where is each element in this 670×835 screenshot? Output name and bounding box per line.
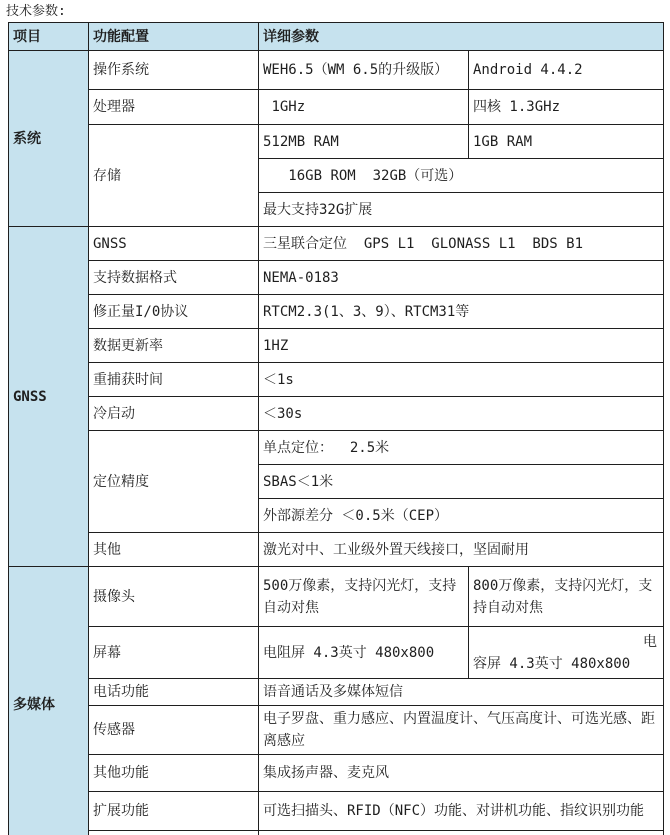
row-cold-start: 冷启动 ＜30s: [9, 397, 664, 431]
value-camera-2: 800万像素，支持闪光灯，支持自动对焦: [469, 567, 664, 627]
page-title: 技术参数:: [6, 4, 670, 19]
value-cpu-1: 1GHz: [259, 90, 469, 125]
value-reacquisition: ＜1s: [259, 363, 664, 397]
feature-expansion: 扩展功能: [89, 792, 259, 831]
row-other-functions: 其他功能 集成扬声器、麦克风: [9, 755, 664, 792]
row-gnss: GNSS GNSS 三星联合定位 GPS L1 GLONASS L1 BDS B…: [9, 227, 664, 261]
value-accuracy-sbas: SBAS＜1米: [259, 465, 664, 499]
col-header-feature: 功能配置: [89, 23, 259, 51]
feature-update-rate: 数据更新率: [89, 329, 259, 363]
value-data-format: NEMA-0183: [259, 261, 664, 295]
partial-row-cell: [89, 831, 259, 835]
value-ram-2: 1GB RAM: [469, 125, 664, 159]
row-os: 系统 操作系统 WEH6.5（WM 6.5的升级版） Android 4.4.2: [9, 51, 664, 90]
row-phone: 电话功能 语音通话及多媒体短信: [9, 679, 664, 706]
value-ram-1: 512MB RAM: [259, 125, 469, 159]
feature-data-format: 支持数据格式: [89, 261, 259, 295]
value-camera-1: 500万像素，支持闪光灯，支持自动对焦: [259, 567, 469, 627]
header-row: 项目 功能配置 详细参数: [9, 23, 664, 51]
value-sensors: 电子罗盘、重力感应、内置温度计、气压高度计、可选光感、距离感应: [259, 706, 664, 755]
value-cold-start: ＜30s: [259, 397, 664, 431]
row-cpu: 处理器 1GHz 四核 1.3GHz: [9, 90, 664, 125]
col-header-detail: 详细参数: [259, 23, 664, 51]
feature-cpu: 处理器: [89, 90, 259, 125]
value-os-2: Android 4.4.2: [469, 51, 664, 90]
value-cpu-2: 四核 1.3GHz: [469, 90, 664, 125]
feature-gnss-other: 其他: [89, 533, 259, 567]
value-expansion: 可选扫描头、RFID（NFC）功能、对讲机功能、指纹识别功能: [259, 792, 664, 831]
section-label-gnss: GNSS: [9, 227, 89, 567]
row-camera: 多媒体 摄像头 500万像素，支持闪光灯，支持自动对焦 800万像素，支持闪光灯…: [9, 567, 664, 627]
feature-phone: 电话功能: [89, 679, 259, 706]
row-sensors: 传感器 电子罗盘、重力感应、内置温度计、气压高度计、可选光感、距离感应: [9, 706, 664, 755]
value-screen-2: 电容屏 4.3英寸 480x800: [469, 627, 664, 679]
section-label-system: 系统: [9, 51, 89, 227]
value-accuracy-single: 单点定位： 2.5米: [259, 431, 664, 465]
feature-correction: 修正量I/0协议: [89, 295, 259, 329]
row-data-format: 支持数据格式 NEMA-0183: [9, 261, 664, 295]
feature-os: 操作系统: [89, 51, 259, 90]
section-label-multimedia: 多媒体: [9, 567, 89, 835]
value-rom: 16GB ROM 32GB（可选）: [259, 159, 664, 193]
partial-row-cell: [259, 831, 664, 835]
value-accuracy-external: 外部源差分 ＜0.5米（CEP）: [259, 499, 664, 533]
feature-cold-start: 冷启动: [89, 397, 259, 431]
row-update-rate: 数据更新率 1HZ: [9, 329, 664, 363]
value-other-functions: 集成扬声器、麦克风: [259, 755, 664, 792]
value-gnss-other: 激光对中、工业级外置天线接口，坚固耐用: [259, 533, 664, 567]
row-accuracy-single: 定位精度 单点定位： 2.5米: [9, 431, 664, 465]
feature-reacquisition: 重捕获时间: [89, 363, 259, 397]
value-gnss: 三星联合定位 GPS L1 GLONASS L1 BDS B1: [259, 227, 664, 261]
feature-other-functions: 其他功能: [89, 755, 259, 792]
feature-gnss: GNSS: [89, 227, 259, 261]
feature-sensors: 传感器: [89, 706, 259, 755]
row-screen: 屏幕 电阻屏 4.3英寸 480x800 电容屏 4.3英寸 480x800: [9, 627, 664, 679]
feature-accuracy: 定位精度: [89, 431, 259, 533]
row-expansion: 扩展功能 可选扫描头、RFID（NFC）功能、对讲机功能、指纹识别功能: [9, 792, 664, 831]
row-reacquisition: 重捕获时间 ＜1s: [9, 363, 664, 397]
col-header-item: 项目: [9, 23, 89, 51]
row-gnss-other: 其他 激光对中、工业级外置天线接口，坚固耐用: [9, 533, 664, 567]
row-correction: 修正量I/0协议 RTCM2.3(1、3、9）、RTCM31等: [9, 295, 664, 329]
row-partial-cutoff: [9, 831, 664, 835]
row-storage-ram: 存储 512MB RAM 1GB RAM: [9, 125, 664, 159]
spec-table: 项目 功能配置 详细参数 系统 操作系统 WEH6.5（WM 6.5的升级版） …: [8, 22, 664, 835]
value-phone: 语音通话及多媒体短信: [259, 679, 664, 706]
value-screen-1: 电阻屏 4.3英寸 480x800: [259, 627, 469, 679]
feature-screen: 屏幕: [89, 627, 259, 679]
value-update-rate: 1HZ: [259, 329, 664, 363]
value-correction: RTCM2.3(1、3、9）、RTCM31等: [259, 295, 664, 329]
value-storage-expand: 最大支持32G扩展: [259, 193, 664, 227]
value-os-1: WEH6.5（WM 6.5的升级版）: [259, 51, 469, 90]
feature-storage: 存储: [89, 125, 259, 227]
feature-camera: 摄像头: [89, 567, 259, 627]
